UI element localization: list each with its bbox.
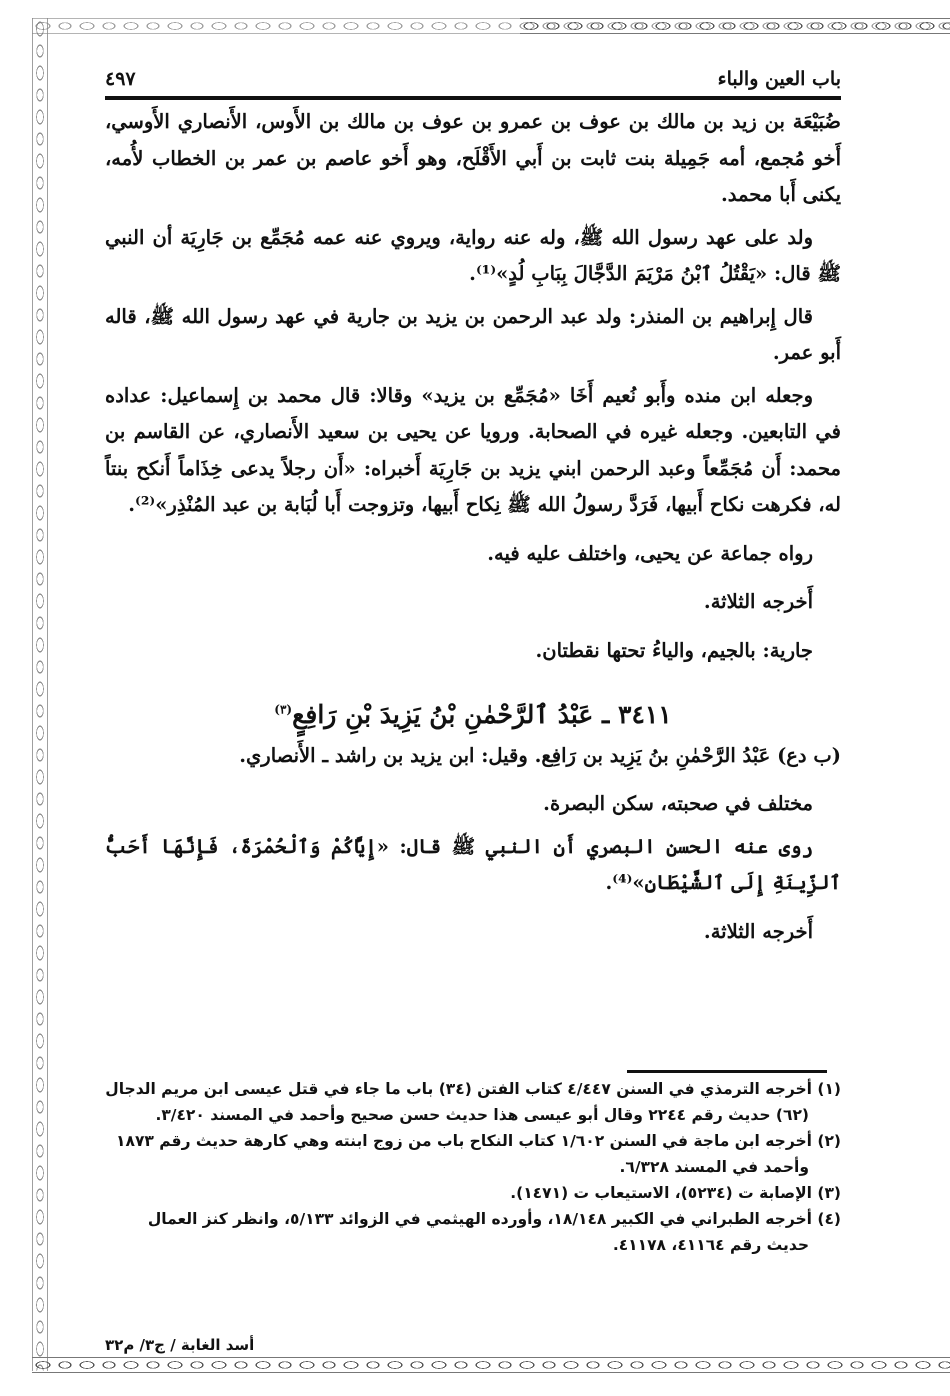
entry-heading: ٣٤١١ ـ عَبْدُ ٱلرَّحْمٰنِ بْنُ يَزِيدَ ب… (105, 697, 841, 734)
ornamental-border-top-dark (520, 18, 950, 34)
paragraph: روى عنه الحسن البصري أَن النبي ﷺ قال: «إ… (105, 829, 841, 902)
page-number: ٤٩٧ (105, 68, 136, 90)
header-rule (105, 96, 841, 100)
running-head: باب العين والباء ٤٩٧ (105, 62, 841, 90)
paragraph: قال إِبراهيم بن المنذر: ولد عبد الرحمن ب… (105, 299, 841, 372)
footnote: (١) أخرجه الترمذي في السنن ٤/٤٤٧ كتاب ال… (105, 1076, 841, 1128)
paragraph: مختلف في صحبته، سكن البصرة. (105, 786, 841, 823)
paragraph: ضُبَيْعَة بن زيد بن مالك بن عوف بن عمرو … (105, 104, 841, 214)
ornamental-border-left (32, 18, 48, 1371)
footnote-ref[interactable]: (٣) (274, 703, 292, 717)
footnotes: (١) أخرجه الترمذي في السنن ٤/٤٤٧ كتاب ال… (105, 1076, 841, 1258)
chapter-title: باب العين والباء (718, 68, 841, 90)
paragraph: رواه جماعة عن يحيى، واختلف عليه فيه. (105, 536, 841, 573)
footnote: (٢) أخرجه ابن ماجة في السنن ١/٦٠٢ كتاب ا… (105, 1128, 841, 1180)
main-text: ضُبَيْعَة بن زيد بن مالك بن عوف بن عمرو … (105, 104, 841, 950)
footnote-separator (627, 1070, 827, 1073)
page-footer: أسد الغابة / ج٣/ م٣٢ (105, 1336, 841, 1354)
ornamental-border-bottom (32, 1357, 950, 1373)
paragraph: أَخرجه الثلاثة. (105, 584, 841, 621)
footer-signature: أسد الغابة / ج٣/ م٣٢ (105, 1336, 254, 1354)
paragraph: أَخرجه الثلاثة. (105, 914, 841, 951)
paragraph: وجعله ابن منده وأَبو نُعيم أَخَا «مُجَمِ… (105, 378, 841, 524)
paragraph: جارية: بالجيم، والياءُ تحتها نقطتان. (105, 633, 841, 670)
entry-title: ٣٤١١ ـ عَبْدُ ٱلرَّحْمٰنِ بْنُ يَزِيدَ ب… (292, 700, 672, 729)
paragraph: (ب دع) عَبْدُ الرَّحْمٰنِ بنُ يَزِيد بن … (105, 738, 841, 775)
footnote: (٣) الإصابة ت (٥٢٣٤)، الاستيعاب ت (١٤٧١)… (105, 1180, 841, 1206)
footnote: (٤) أخرجه الطبراني في الكبير ١٨/١٤٨، وأو… (105, 1206, 841, 1258)
paragraph: ولد على عهد رسول الله ﷺ، وله عنه رواية، … (105, 220, 841, 293)
